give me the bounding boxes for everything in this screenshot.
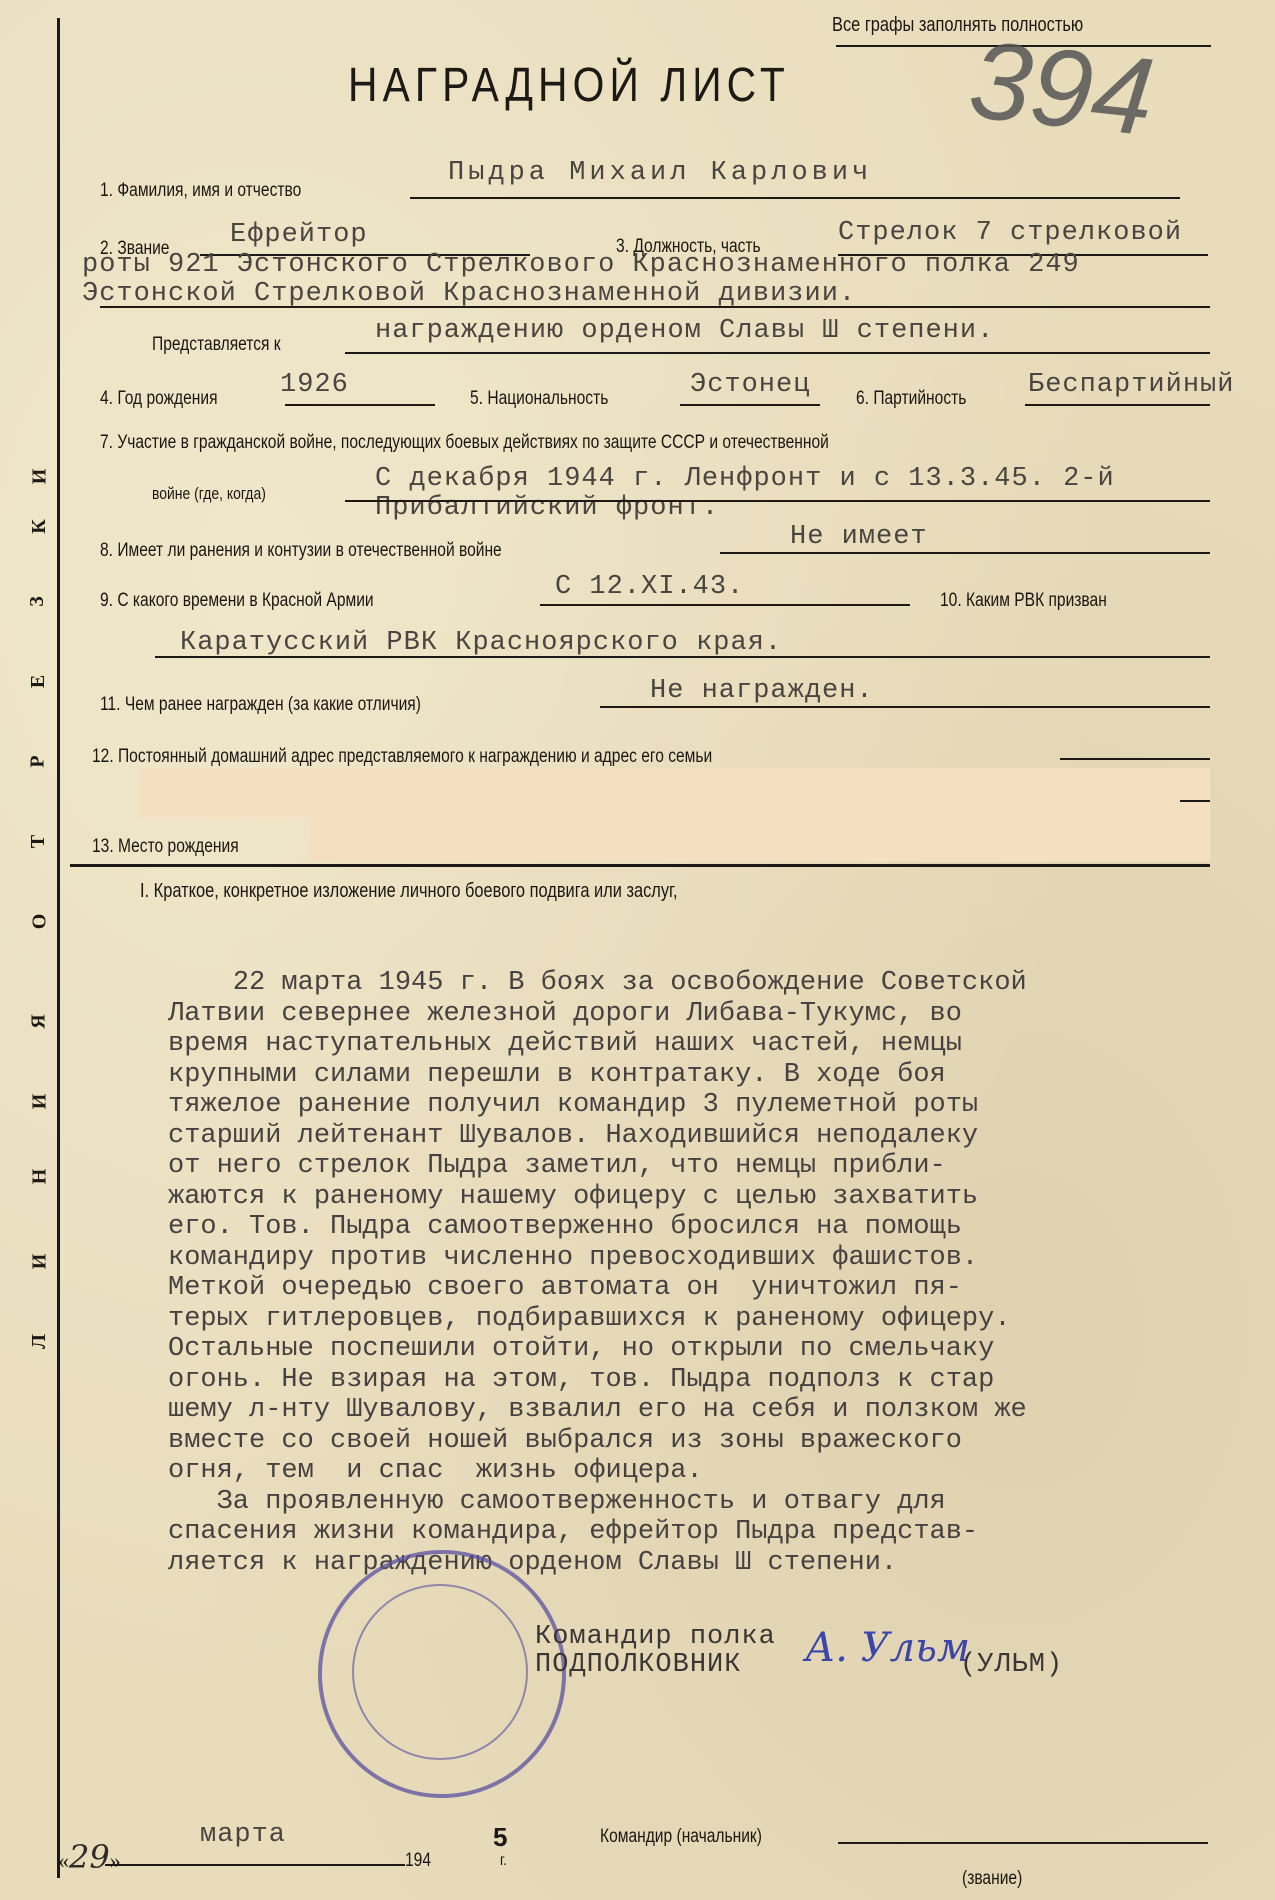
date-year-suffix: г. [500,1852,507,1870]
description-line: старший лейтенант Шувалов. Находившийся … [168,1121,1027,1152]
cut-line-letter: Я [28,1014,51,1028]
signer-rank: ПОДПОЛКОВНИК [535,1650,741,1680]
field-6-value: Беспартийный [1028,370,1234,400]
description-line: жаются к раненому нашему офицеру с целью… [168,1182,1027,1213]
cut-line-letter: И [28,1094,51,1110]
section-heading: I. Краткое, конкретное изложение личного… [140,880,678,903]
cut-line-letter: Т [27,835,50,848]
cut-line [57,18,60,1878]
field-1-value: Пыдра Михаил Карлович [448,158,872,188]
commander-label: Командир (начальник) [600,1826,762,1848]
field-3-value: Стрелок 7 стрелковой [838,218,1182,248]
field-3-value-line3: Эстонской Стрелковой Краснознаменной див… [82,279,856,309]
date-year-digit: 5 [493,1822,507,1853]
description-line: огня, тем и спас жизнь офицера. [168,1456,1027,1487]
field-11-value: Не награжден. [650,676,874,706]
cut-line-letter: Л [28,1334,51,1349]
cut-line-letter: Н [28,1169,51,1185]
description-line: его. Тов. Пыдра самоотверженно бросился … [168,1212,1027,1243]
field-8-label: 8. Имеет ли ранения и контузии в отечест… [100,540,502,562]
signature: А. Ульм [805,1625,970,1671]
regiment-stamp [318,1550,566,1798]
field-10-label: 10. Каким РВК призван [940,590,1107,612]
field-7-label2: войне (где, когда) [152,484,266,504]
field-10-value: Каратусский РВК Красноярского края. [180,628,782,658]
merit-description: 22 марта 1945 г. В боях за освобождение … [168,968,1027,1578]
description-line: шему л-нту Шувалову, взвалил его на себя… [168,1395,1027,1426]
description-line: спасения жизни командира, ефрейтор Пыдра… [168,1517,1027,1548]
redacted-birthplace [310,818,1210,862]
field-5-label: 5. Национальность [470,388,608,410]
presented-value: награждению орденом Славы Ш степени. [375,316,994,346]
field-6-label: 6. Партийность [856,388,966,410]
rank-caption: (звание) [962,1868,1022,1890]
description-line: огонь. Не взирая на этом, тов. Пыдра под… [168,1365,1027,1396]
description-line: от него стрелок Пыдра заметил, что немцы… [168,1151,1027,1182]
field-3-value-line2: роты 921 Эстонского Стрелкового Краснозн… [82,250,1080,280]
date-year-prefix: 194 [405,1850,431,1872]
field-4-label: 4. Год рождения [100,388,218,410]
cut-line-letter: И [28,1254,51,1270]
field-1-label: 1. Фамилия, имя и отчество [100,180,301,202]
field-7-value: С декабря 1944 г. Ленфронт и с 13.3.45. … [375,464,1115,494]
field-7-label: 7. Участие в гражданской войне, последую… [100,432,829,454]
presented-label: Представляется к [152,334,281,356]
field-4-value: 1926 [280,370,349,400]
description-line: Меткой очередью своего автомата он уничт… [168,1273,1027,1304]
cut-line-letter: Е [27,675,50,688]
field-13-label: 13. Место рождения [92,836,239,858]
signer-name: (УЛЬМ) [960,1650,1063,1680]
cut-line-letter: О [28,914,51,930]
description-line: За проявленную самоотверженность и отваг… [168,1487,1027,1518]
field-9-label: 9. С какого времени в Красной Армии [100,590,374,612]
signer-position: Командир полка [535,1622,776,1652]
field-12-label: 12. Постоянный домашний адрес представля… [92,746,712,768]
cut-line-letter: З [26,596,49,607]
description-line: крупными силами перешли в контратаку. В … [168,1060,1027,1091]
description-line: вместе со своей ношей выбрался из зоны в… [168,1426,1027,1457]
cut-line-letter: К [28,519,51,534]
cut-line-letter: Р [27,755,50,767]
description-line: терых гитлеровцев, подбиравшихся к ранен… [168,1304,1027,1335]
date-day-wrapper: «29» [58,1838,121,1876]
date-day: 29 [69,1838,110,1876]
date-month: марта [200,1820,286,1850]
field-7-value-line2: Прибалтийский фронт. [375,493,719,523]
description-line: Латвии севернее железной дороги Либава-Т… [168,999,1027,1030]
description-line: 22 марта 1945 г. В боях за освобождение … [168,968,1027,999]
description-line: ляется к награждению орденом Славы Ш сте… [168,1548,1027,1579]
description-line: Остальные поспешили отойти, но открыли п… [168,1334,1027,1365]
field-11-label: 11. Чем ранее награжден (за какие отличи… [100,694,421,716]
handwritten-number: 394 [964,16,1160,161]
field-8-value: Не имеет [790,522,928,552]
description-line: командиру против численно превосходивших… [168,1243,1027,1274]
redacted-address [140,768,1210,818]
field-2-value: Ефрейтор [230,220,368,250]
description-line: время наступательных действий наших част… [168,1029,1027,1060]
description-line: тяжелое ранение получил командир 3 пулем… [168,1090,1027,1121]
field-5-value: Эстонец [690,370,810,400]
page-title: НАГРАДНОЙ ЛИСТ [348,58,790,113]
field-9-value: С 12.XI.43. [555,572,744,602]
cut-line-letter: И [28,469,51,485]
